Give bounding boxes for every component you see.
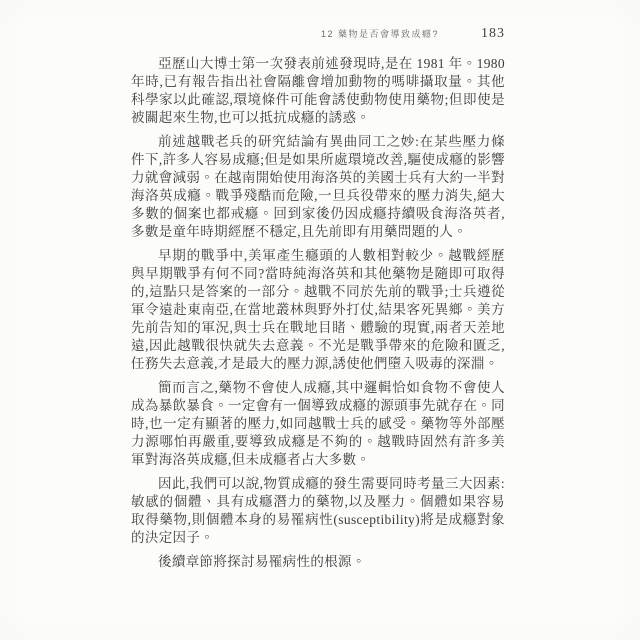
paragraph-6: 後續章節將探討易罹病性的根源。: [131, 553, 505, 571]
paragraph-4: 簡而言之,藥物不會使人成癮,其中邏輯恰如食物不會使人成為暴飲暴食。一定會有一個導…: [131, 379, 505, 469]
page-number: 183: [481, 26, 505, 42]
paragraph-2: 前述越戰老兵的研究結論有異曲同工之妙:在某些壓力條件下,許多人容易成癮;但是如果…: [131, 133, 505, 241]
book-page: 12 藥物是否會導致成癮? 183 亞歷山大博士第一次發表前述發現時,是在 19…: [0, 0, 640, 640]
paragraph-1: 亞歷山大博士第一次發表前述發現時,是在 1981 年。1980 年時,已有報告指…: [131, 55, 505, 127]
paragraph-5: 因此,我們可以說,物質成癮的發生需要同時考量三大因素:敏感的個體、具有成癮潛力的…: [131, 475, 505, 547]
chapter-label: 12 藥物是否會導致成癮?: [321, 27, 439, 40]
running-header: 12 藥物是否會導致成癮? 183: [131, 26, 505, 42]
paragraph-3: 早期的戰爭中,美軍產生癮頭的人數相對較少。越戰經歷與早期戰爭有何不同?當時純海洛…: [131, 247, 505, 373]
body-text: 亞歷山大博士第一次發表前述發現時,是在 1981 年。1980 年時,已有報告指…: [131, 55, 505, 571]
